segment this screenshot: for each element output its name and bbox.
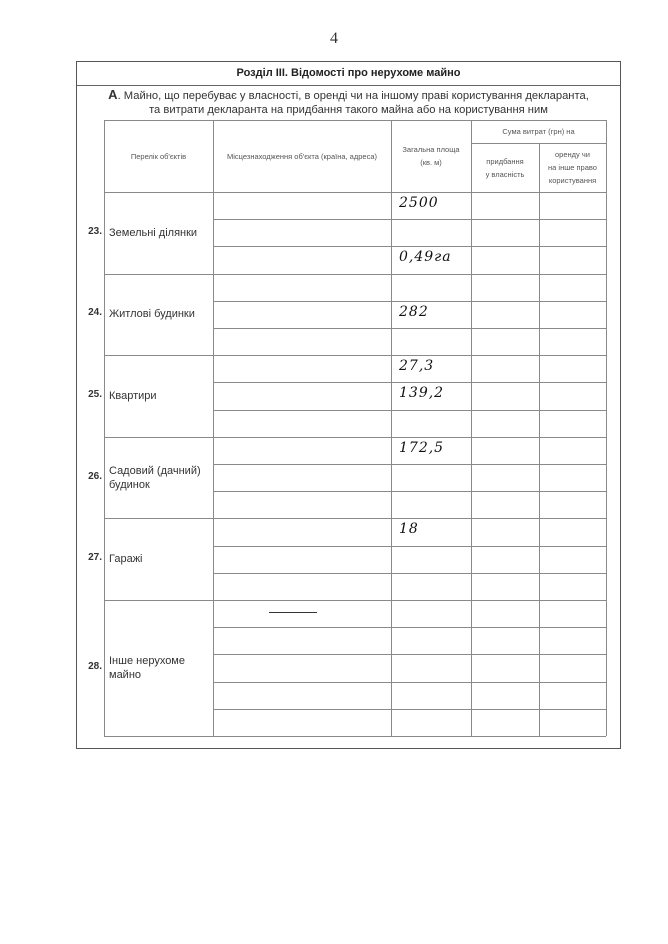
purchase-cell[interactable]	[471, 709, 539, 736]
purchase-cell[interactable]	[471, 219, 539, 246]
location-cell[interactable]	[213, 437, 391, 464]
header-rent: оренду чи на інше право користування	[539, 143, 606, 192]
column-border	[104, 600, 105, 736]
rent-cell[interactable]	[539, 410, 606, 437]
real-estate-table: Перелік об'єктів Місцезнаходження об'єкт…	[104, 120, 606, 735]
section-label: Житлові будинки	[109, 307, 209, 321]
purchase-cell[interactable]	[471, 382, 539, 409]
location-cell[interactable]	[213, 246, 391, 273]
column-border	[606, 355, 607, 437]
header-col-border	[104, 120, 105, 192]
intro-line-1: А. Майно, що перебуває у власності, в ор…	[77, 88, 620, 103]
column-border	[391, 192, 392, 274]
purchase-cell[interactable]	[471, 627, 539, 654]
location-cell[interactable]	[213, 219, 391, 246]
purchase-cell[interactable]	[471, 573, 539, 600]
rent-cell[interactable]	[539, 246, 606, 273]
section-label: Інше нерухоме майно	[109, 654, 209, 682]
purchase-cell[interactable]	[471, 654, 539, 681]
rent-cell[interactable]	[539, 464, 606, 491]
header-rent-line3: користування	[549, 174, 596, 187]
location-cell[interactable]	[213, 274, 391, 301]
location-cell[interactable]	[213, 382, 391, 409]
rent-cell[interactable]	[539, 627, 606, 654]
area-value: 0,49га	[399, 249, 452, 265]
column-border	[606, 274, 607, 356]
rent-cell[interactable]	[539, 328, 606, 355]
purchase-cell[interactable]	[471, 355, 539, 382]
location-cell[interactable]	[213, 518, 391, 545]
intro-text-1: . Майно, що перебуває у власності, в оре…	[118, 90, 589, 102]
section-number: 26.	[84, 471, 102, 482]
section-number: 27.	[84, 552, 102, 563]
purchase-cell[interactable]	[471, 464, 539, 491]
rent-cell[interactable]	[539, 709, 606, 736]
column-border	[391, 437, 392, 519]
purchase-cell[interactable]	[471, 491, 539, 518]
purchase-cell[interactable]	[471, 246, 539, 273]
location-cell[interactable]	[213, 627, 391, 654]
section-label: Садовий (дачний) будинок	[109, 464, 209, 492]
header-purchase: придбання у власність	[471, 143, 539, 192]
column-border	[391, 518, 392, 600]
header-area-line2: (кв. м)	[420, 156, 442, 169]
purchase-cell[interactable]	[471, 301, 539, 328]
header-location: Місцезнаходження об'єкта (країна, адреса…	[213, 120, 391, 192]
header-rent-line2: на інше право	[548, 161, 597, 174]
location-cell[interactable]	[213, 600, 391, 627]
rent-cell[interactable]	[539, 382, 606, 409]
location-cell[interactable]	[213, 654, 391, 681]
header-col-border	[213, 120, 214, 192]
area-value: 2500	[399, 195, 439, 211]
location-cell[interactable]	[213, 464, 391, 491]
location-cell[interactable]	[213, 355, 391, 382]
section-number: 28.	[84, 661, 102, 672]
column-border	[391, 355, 392, 437]
area-value: 172,5	[399, 440, 444, 456]
purchase-cell[interactable]	[471, 410, 539, 437]
column-border	[391, 274, 392, 356]
rent-cell[interactable]	[539, 355, 606, 382]
column-border	[104, 274, 105, 356]
area-value: 139,2	[399, 385, 444, 401]
page-number: 4	[0, 30, 668, 48]
section-title: Розділ III. Відомості про нерухоме майно	[77, 62, 620, 86]
column-border	[606, 437, 607, 519]
section-number: 24.	[84, 307, 102, 318]
location-cell[interactable]	[213, 709, 391, 736]
column-border	[104, 192, 105, 274]
section-number: 23.	[84, 226, 102, 237]
location-cell[interactable]	[213, 573, 391, 600]
area-value: 18	[399, 521, 419, 537]
column-border	[104, 437, 105, 519]
purchase-cell[interactable]	[471, 328, 539, 355]
area-value: 282	[399, 304, 429, 320]
rent-cell[interactable]	[539, 654, 606, 681]
column-border	[391, 600, 392, 736]
purchase-cell[interactable]	[471, 682, 539, 709]
rent-cell[interactable]	[539, 192, 606, 219]
location-cell[interactable]	[213, 192, 391, 219]
section-label: Земельні ділянки	[109, 226, 209, 240]
rent-cell[interactable]	[539, 518, 606, 545]
declaration-section-box: Розділ III. Відомості про нерухоме майно…	[76, 61, 621, 749]
rent-cell[interactable]	[539, 546, 606, 573]
rent-cell[interactable]	[539, 600, 606, 627]
header-purchase-line1: придбання	[486, 155, 523, 168]
column-border	[104, 355, 105, 437]
column-border	[606, 518, 607, 600]
rent-cell[interactable]	[539, 573, 606, 600]
section-label: Гаражі	[109, 552, 209, 566]
section-bottom-border	[104, 736, 606, 737]
rent-cell[interactable]	[539, 301, 606, 328]
location-cell[interactable]	[213, 410, 391, 437]
table-top-border	[104, 120, 606, 121]
header-rent-line1: оренду чи	[555, 148, 590, 161]
section-intro: А. Майно, що перебуває у власності, в ор…	[77, 88, 620, 117]
rent-cell[interactable]	[539, 274, 606, 301]
location-cell[interactable]	[213, 546, 391, 573]
column-border	[606, 600, 607, 736]
location-cell[interactable]	[213, 491, 391, 518]
purchase-cell[interactable]	[471, 546, 539, 573]
intro-line-2: та витрати декларанта на придбання таког…	[77, 103, 620, 117]
rent-cell[interactable]	[539, 219, 606, 246]
section-label: Квартири	[109, 389, 209, 403]
header-col-border	[471, 120, 472, 192]
section-number: 25.	[84, 389, 102, 400]
header-expenses: Сума витрат (грн) на	[471, 120, 606, 143]
header-col-border	[391, 120, 392, 192]
header-area: Загальна площа (кв. м)	[391, 120, 471, 192]
location-cell[interactable]	[213, 328, 391, 355]
rent-cell[interactable]	[539, 437, 606, 464]
location-cell[interactable]	[213, 682, 391, 709]
header-objects: Перелік об'єктів	[104, 120, 213, 192]
column-border	[104, 518, 105, 600]
purchase-cell[interactable]	[471, 437, 539, 464]
location-cell[interactable]	[213, 301, 391, 328]
purchase-cell[interactable]	[471, 274, 539, 301]
column-border	[606, 192, 607, 274]
header-col-border	[539, 143, 540, 192]
purchase-cell[interactable]	[471, 600, 539, 627]
intro-letter: А	[108, 87, 117, 102]
header-area-line1: Загальна площа	[402, 143, 459, 156]
area-value: 27,3	[399, 358, 434, 374]
rent-cell[interactable]	[539, 682, 606, 709]
rent-cell[interactable]	[539, 491, 606, 518]
purchase-cell[interactable]	[471, 518, 539, 545]
purchase-cell[interactable]	[471, 192, 539, 219]
header-col-border	[606, 120, 607, 192]
header-purchase-line2: у власність	[486, 168, 525, 181]
